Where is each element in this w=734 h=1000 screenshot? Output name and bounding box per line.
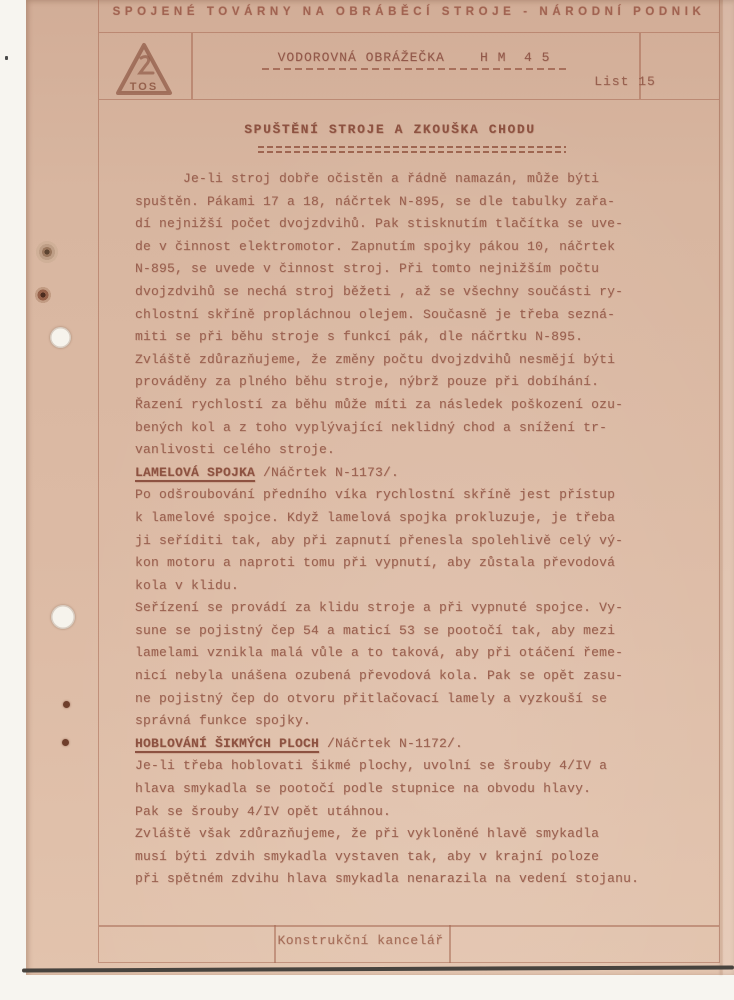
section-sketch-ref: /Náčrtek N-1172/. — [319, 736, 463, 751]
text-line: správná funkce spojky. — [135, 710, 657, 733]
text-line: dvojzdvihů se nechá stroj běžeti , až se… — [135, 281, 657, 304]
eyelet-fastener — [35, 240, 59, 264]
lamelova-spojka-paragraph: Po odšroubování předního víka rychlostní… — [135, 484, 657, 733]
page-title: SPUŠTĚNÍ STROJE A ZKOUŠKA CHODU — [135, 122, 645, 137]
text-line: při spětném zdvihu hlava smykadla nenara… — [135, 868, 657, 891]
footer-office-label: Konstrukční kancelář — [273, 933, 448, 948]
section-title: HOBLOVÁNÍ ŠIKMÝCH PLOCH — [135, 736, 319, 751]
text-line: spuštěn. Pákami 17 a 18, náčrtek N-895, … — [135, 191, 657, 214]
sheet-number: List 15 — [540, 74, 710, 89]
svg-text:TOS: TOS — [130, 81, 158, 93]
header-divider-right — [639, 33, 641, 99]
text-line: de v činnost elektromotor. Zapnutím spoj… — [135, 236, 657, 259]
eyelet-fastener — [34, 286, 52, 304]
text-line: vanlivosti celého stroje. — [135, 439, 657, 462]
text-line: k lamelové spojce. Když lamelová spojka … — [135, 507, 657, 530]
ink-dot — [62, 739, 69, 746]
text-line: kola v klidu. — [135, 575, 657, 598]
header-row — [98, 33, 720, 100]
page-title-underline — [258, 146, 566, 153]
punch-hole — [51, 605, 75, 629]
paper-sheet: SPOJENÉ TOVÁRNY NA OBRÁBĚCÍ STROJE - NÁR… — [26, 0, 734, 975]
text-line: Zvláště však zdůrazňujeme, že při vyklon… — [135, 823, 657, 846]
tos-logo: TOS — [115, 42, 173, 98]
text-line: Seřízení se provádí za klidu stroje a př… — [135, 597, 657, 620]
text-line: Zvláště zdůrazňujeme, že změny počtu dvo… — [135, 349, 657, 372]
footer-divider-right — [449, 925, 451, 963]
text-line: bených kol a z toho vyplývající neklidný… — [135, 417, 657, 440]
text-line: Po odšroubování předního víka rychlostní… — [135, 484, 657, 507]
document-body: Je-li stroj dobře očistěn a řádně namazá… — [135, 168, 657, 891]
scan-speck — [5, 56, 8, 60]
text-line: musí býti zdvih smykadla vystaven tak, a… — [135, 846, 657, 869]
paper-fold-highlight — [723, 0, 734, 975]
text-line: N-895, se uvede v činnost stroj. Při tom… — [135, 258, 657, 281]
text-line: Je-li stroj dobře očistěn a řádně namazá… — [135, 168, 657, 191]
text-line: miti se při běhu stroje s funkcí pák, dl… — [135, 326, 657, 349]
text-line: kon motoru a naproti tomu při vypnutí, a… — [135, 552, 657, 575]
intro-paragraph: Je-li stroj dobře očistěn a řádně namazá… — [135, 168, 657, 462]
text-line: lamelami vznikla malá vůle a to taková, … — [135, 642, 657, 665]
tos-logo-triangle-icon: TOS — [115, 42, 173, 98]
text-line: hlava smykadla se pootočí podle stupnice… — [135, 778, 657, 801]
ink-dot — [63, 701, 70, 708]
section-sketch-ref: /Náčrtek N-1173/. — [255, 465, 399, 480]
section-heading-lamelova-spojka: LAMELOVÁ SPOJKA /Náčrtek N-1173/. — [135, 462, 657, 485]
punch-hole — [50, 327, 71, 348]
header-divider-left — [191, 33, 193, 99]
text-line: Řazení rychlostí za běhu může míti za ná… — [135, 394, 657, 417]
text-line: ne pojistný čep do otvoru přitlačovací l… — [135, 688, 657, 711]
text-line: nicí nebyla unášena ozubená převodová ko… — [135, 665, 657, 688]
footer-separator — [99, 925, 719, 927]
text-line: prováděny za plného běhu stroje, nýbrž p… — [135, 371, 657, 394]
hoblovani-paragraph: Je-li třeba hoblovati šikmé plochy, uvol… — [135, 755, 657, 891]
section-heading-hoblovani: HOBLOVÁNÍ ŠIKMÝCH PLOCH /Náčrtek N-1172/… — [135, 733, 657, 756]
company-banner: SPOJENÉ TOVÁRNY NA OBRÁBĚCÍ STROJE - NÁR… — [98, 6, 720, 18]
paper-fold-line — [720, 0, 722, 975]
text-line: Pak se šrouby 4/IV opět utáhnou. — [135, 801, 657, 824]
machine-title-underline — [262, 68, 568, 70]
text-line: ji seříditi tak, aby při zapnutí přenesl… — [135, 530, 657, 553]
machine-title: VODOROVNÁ OBRÁŽEČKA H M 4 5 — [190, 50, 638, 65]
text-line: dí nejnižší počet dvojzdvihů. Pak stiskn… — [135, 213, 657, 236]
text-line: sune se pojistný čep 54 a maticí 53 se p… — [135, 620, 657, 643]
text-line: Je-li třeba hoblovati šikmé plochy, uvol… — [135, 755, 657, 778]
scanned-document-page: SPOJENÉ TOVÁRNY NA OBRÁBĚCÍ STROJE - NÁR… — [0, 0, 734, 1000]
section-title: LAMELOVÁ SPOJKA — [135, 465, 255, 480]
text-line: chlostní skříně propláchnou olejem. Souč… — [135, 304, 657, 327]
